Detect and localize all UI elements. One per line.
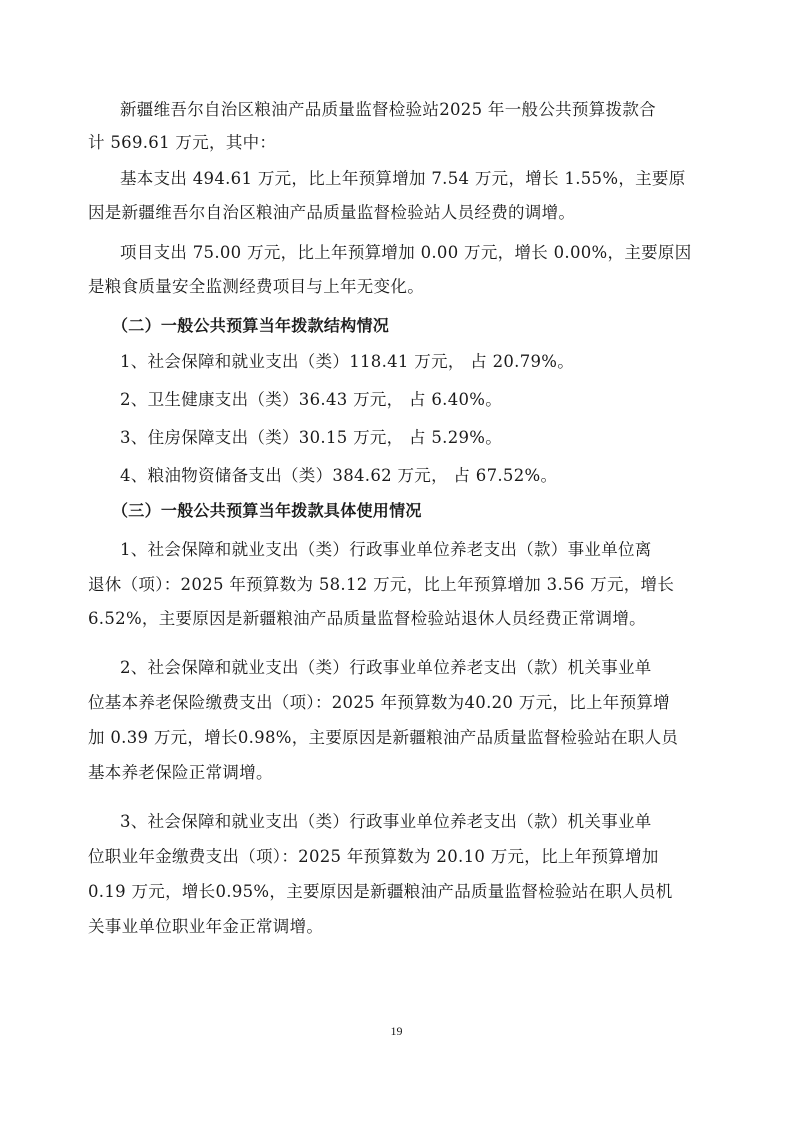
paragraph-total-line-1: 新疆维吾尔自治区粮油产品质量监督检验站2025 年一般公共预算拨款合 [120, 99, 740, 121]
usage-item-1-line-3: 6.52%，主要原因是新疆粮油产品质量监督检验站退休人员经费正常调增。 [88, 608, 708, 630]
structure-item-1: 1、社会保障和就业支出（类）118.41 万元， 占 20.79%。 [120, 351, 740, 373]
paragraph-total-line-2: 计 569.61 万元，其中： [88, 132, 708, 154]
section-heading-3: （三）一般公共预算当年拨款具体使用情况 [112, 500, 732, 522]
page-number: 19 [0, 1024, 793, 1039]
structure-item-4: 4、粮油物资储备支出（类）384.62 万元， 占 67.52%。 [120, 465, 740, 487]
usage-item-1-line-1: 1、社会保障和就业支出（类）行政事业单位养老支出（款）事业单位离 [120, 539, 740, 561]
section-heading-2: （二）一般公共预算当年拨款结构情况 [112, 315, 732, 337]
usage-item-3-line-3: 0.19 万元，增长0.95%，主要原因是新疆粮油产品质量监督检验站在职人员机 [88, 881, 708, 903]
usage-item-2-line-2: 位基本养老保险缴费支出（项）：2025 年预算数为40.20 万元，比上年预算增 [88, 692, 708, 714]
usage-item-1-line-2: 退休（项）：2025 年预算数为 58.12 万元，比上年预算增加 3.56 万… [88, 574, 708, 596]
structure-item-2: 2、卫生健康支出（类）36.43 万元， 占 6.40%。 [120, 389, 740, 411]
usage-item-3-line-2: 位职业年金缴费支出（项）：2025 年预算数为 20.10 万元，比上年预算增加 [88, 846, 708, 868]
paragraph-basic-line-2: 因是新疆维吾尔自治区粮油产品质量监督检验站人员经费的调增。 [88, 202, 708, 224]
paragraph-basic-line-1: 基本支出 494.61 万元，比上年预算增加 7.54 万元，增长 1.55%，… [120, 168, 740, 190]
usage-item-2-line-4: 基本养老保险正常调增。 [88, 762, 708, 784]
usage-item-2-line-3: 加 0.39 万元，增长0.98%，主要原因是新疆粮油产品质量监督检验站在职人员 [88, 727, 708, 749]
structure-item-3: 3、住房保障支出（类）30.15 万元， 占 5.29%。 [120, 427, 740, 449]
usage-item-3-line-4: 关事业单位职业年金正常调增。 [88, 916, 708, 938]
paragraph-project-line-1: 项目支出 75.00 万元，比上年预算增加 0.00 万元，增长 0.00%，主… [120, 242, 740, 264]
usage-item-3-line-1: 3、社会保障和就业支出（类）行政事业单位养老支出（款）机关事业单 [120, 811, 740, 833]
document-page: 新疆维吾尔自治区粮油产品质量监督检验站2025 年一般公共预算拨款合 计 569… [0, 0, 793, 1122]
usage-item-2-line-1: 2、社会保障和就业支出（类）行政事业单位养老支出（款）机关事业单 [120, 657, 740, 679]
paragraph-project-line-2: 是粮食质量安全监测经费项目与上年无变化。 [88, 276, 708, 298]
